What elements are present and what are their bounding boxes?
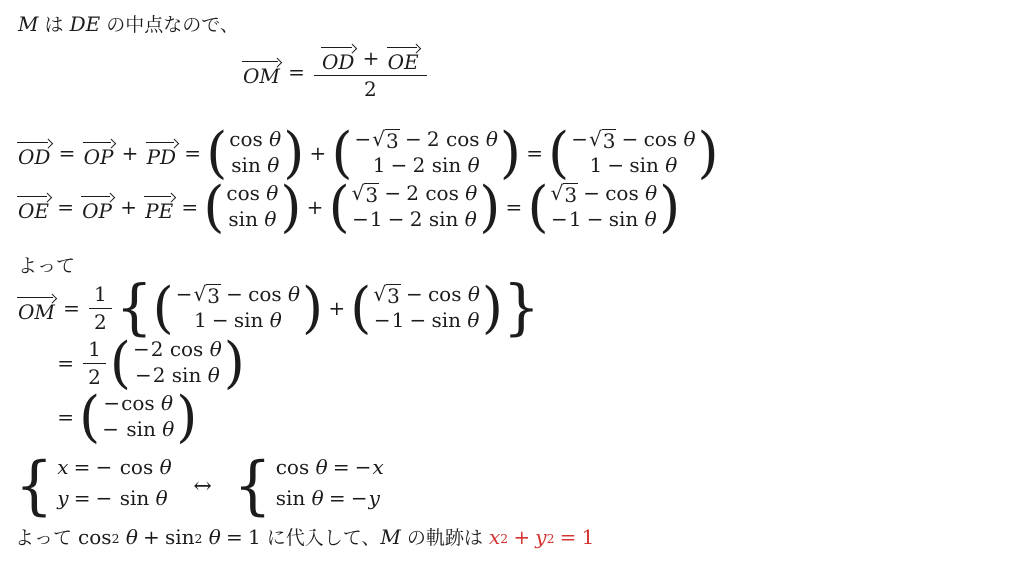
vector-token: OD [16, 138, 52, 168]
sqrt-token: 3 [194, 284, 221, 307]
variable-token: θ [267, 153, 279, 177]
variable-token: θ [683, 127, 695, 151]
operator-token: = [226, 525, 243, 549]
fraction-one-half: 1 2 [83, 337, 106, 389]
case-row: cos θ=−x [276, 455, 384, 486]
operator-token: = [74, 455, 91, 479]
operator-token: + [328, 296, 345, 320]
operator-token: + [307, 195, 324, 219]
vector-rows: cos θ sin θ [227, 127, 283, 179]
variable-token: θ [270, 308, 282, 332]
negative-sign-token: − [571, 127, 588, 151]
arrow-overline-icon [320, 43, 356, 51]
operator-token: − [607, 153, 624, 177]
equals-operator: = [52, 351, 79, 375]
function-token: cos [425, 181, 459, 205]
text-token: に代入して、 [261, 523, 381, 550]
negative-sign-token: − [551, 207, 568, 231]
variable-token: DE [70, 12, 101, 36]
paren-left-icon: ( [203, 181, 224, 233]
vector-row: −3−2 cos θ [355, 127, 498, 153]
paren-right-icon: ) [283, 127, 304, 179]
variable-token: θ [264, 207, 276, 231]
function-token: cos [248, 282, 282, 306]
brace-right-icon [503, 280, 540, 335]
variable-token: x [489, 525, 500, 549]
arrow-overline-icon [16, 293, 57, 301]
variable-token: y [369, 486, 380, 510]
paren-left-icon: ( [110, 337, 131, 389]
function-token: cos [120, 455, 154, 479]
variable-token: θ [465, 207, 477, 231]
vector-token: OP [80, 192, 114, 222]
vector-row: 3−2 cos θ [352, 181, 478, 207]
operator-token: = [74, 486, 91, 510]
superscript-token: 2 [500, 531, 508, 546]
function-token: cos [229, 127, 263, 151]
operator-token: ↔ [193, 474, 211, 499]
negative-sign-token: − [355, 455, 372, 479]
arrow-overline-icon [16, 192, 51, 200]
function-token: cos [644, 127, 678, 151]
function-token: sin [234, 308, 264, 332]
vector-name: OE [16, 200, 51, 222]
vector-row: 1−2 sin θ [373, 153, 480, 179]
vector-name: OM [241, 65, 282, 87]
intro-line: M は DE の中点なので、 [18, 0, 1024, 37]
number-token: 1 [88, 337, 101, 361]
number-token: 2 [406, 181, 419, 205]
number-token: 1 [94, 282, 107, 306]
vector-token: OE [386, 43, 421, 73]
paren-right-icon: ) [280, 181, 301, 233]
plus-operator: + [304, 141, 331, 165]
variable-token: M [380, 525, 400, 549]
variable-token: M [18, 12, 38, 36]
negative-sign-token: − [103, 391, 120, 415]
column-vector: ( cos θ sin θ ) [203, 181, 301, 233]
operator-token: − [587, 207, 604, 231]
vector-token: PE [143, 192, 175, 222]
paren-left-icon: ( [153, 281, 174, 333]
function-token: cos [226, 181, 260, 205]
paren-right-icon: ) [482, 281, 503, 333]
vector-row: 3−cos θ [551, 181, 658, 207]
function-token: cos [428, 282, 462, 306]
operator-token: + [513, 525, 530, 549]
vector-token: OM [16, 293, 57, 323]
cases-rows: x=− cos θ y=− sin θ [57, 455, 171, 517]
vector-row: cos θ [226, 181, 278, 207]
paren-right-icon: ) [224, 337, 245, 389]
math-document: M は DE の中点なので、 OM= OD+OE 2 OD=OP+PD= ( c… [0, 0, 1024, 570]
cases-rows: cos θ=−x sin θ=−y [276, 455, 384, 517]
variable-token: θ [266, 181, 278, 205]
variable-token: θ [209, 525, 221, 549]
operator-token: − [406, 282, 423, 306]
vector-row: −1−sin θ [551, 207, 657, 233]
equals-operator: = [52, 405, 79, 429]
arrow-overline-icon [16, 138, 52, 146]
vector-rows: 3−cos θ −1−sin θ [371, 282, 482, 334]
operator-token: = [59, 141, 76, 165]
operator-token: − [410, 308, 427, 332]
operator-token: − [622, 127, 639, 151]
negative-sign-token: − [96, 486, 113, 510]
variable-token: θ [269, 127, 281, 151]
text-token: は [38, 10, 69, 37]
case-row: y=− sin θ [57, 486, 168, 517]
paren-left-icon: ( [79, 391, 100, 443]
sqrt-token: 3 [551, 183, 578, 206]
conclusion-line: よって cos2 θ+sin2 θ=1 に代入して、M の軌跡は x2+y2=1 [15, 523, 1024, 550]
arrow-overline-icon [145, 138, 179, 146]
fraction-denominator: 2 [89, 308, 112, 334]
paren-left-icon: ( [331, 127, 352, 179]
number-token: 1 [248, 525, 261, 549]
function-token: sin [231, 153, 261, 177]
operator-token: = [288, 60, 305, 84]
variable-token: θ [312, 486, 324, 510]
number-token: 2 [153, 363, 166, 387]
vector-name: PE [143, 200, 175, 222]
number-token: 2 [410, 207, 423, 231]
column-vector: ( −3−cos θ 1−sin θ ) [548, 127, 718, 179]
number-token: 2 [94, 310, 107, 334]
variable-token: θ [208, 363, 220, 387]
operator-token: + [309, 141, 326, 165]
superscript-token: 2 [195, 531, 203, 546]
fraction-denominator: 2 [314, 75, 427, 101]
column-vector: ( −3−cos θ 1−sin θ ) [153, 282, 323, 334]
plus-operator: + [323, 296, 350, 320]
vector-row: sin θ [231, 153, 279, 179]
cases-right: cos θ=−x sin θ=−y [234, 455, 384, 517]
vector-rows: −3−cos θ 1−sin θ [569, 127, 697, 179]
column-vector: ( −2 cos θ −2 sin θ ) [110, 337, 245, 389]
variable-token: θ [160, 455, 172, 479]
variable-token: θ [156, 486, 168, 510]
number-token: 1 [373, 153, 386, 177]
negative-sign-token: − [355, 127, 372, 151]
vector-row: −1−sin θ [374, 308, 480, 334]
column-vector: ( 3−cos θ −1−sin θ ) [528, 181, 681, 233]
function-token: sin [120, 486, 150, 510]
vector-token: PD [145, 138, 179, 168]
fraction-numerator: OD+OE [314, 43, 427, 75]
radicand: 3 [364, 183, 379, 206]
negative-sign-token: − [374, 308, 391, 332]
radicand: 3 [206, 284, 221, 307]
variable-token: θ [162, 417, 174, 441]
sqrt-token: 3 [373, 284, 400, 307]
vector-row: −3−cos θ [571, 127, 695, 153]
column-vector: ( −cos θ − sin θ ) [79, 391, 197, 443]
vector-name: PD [145, 146, 179, 168]
arrow-overline-icon [82, 138, 116, 146]
function-token: sin [165, 525, 195, 549]
om-sum-line: OM= 1 2 ( −3−cos θ 1−sin θ ) + ( 3−cos θ… [15, 280, 1024, 335]
vector-row: −cos θ [103, 391, 173, 417]
number-token: 2 [413, 153, 426, 177]
paren-right-icon: ) [479, 181, 500, 233]
function-token: cos [605, 181, 639, 205]
vector-row: − sin θ [102, 417, 174, 443]
vector-rows: −cos θ − sin θ [100, 391, 176, 443]
number-token: 1 [370, 207, 383, 231]
equals-operator: = [521, 141, 548, 165]
function-token: cos [78, 525, 112, 549]
text-token: の中点なので、 [100, 10, 239, 37]
operator-token: = [57, 405, 74, 429]
case-row: sin θ=−y [276, 486, 380, 517]
formula-lhs: OM= [240, 57, 310, 87]
operator-token: − [583, 181, 600, 205]
vector-rows: 3−cos θ −1−sin θ [549, 181, 660, 233]
radicand: 3 [563, 183, 578, 206]
variable-token: θ [645, 207, 657, 231]
function-token: sin [432, 153, 462, 177]
number-token: 1 [582, 525, 595, 549]
number-token: 1 [589, 153, 602, 177]
variable-token: y [535, 525, 546, 549]
oe-lhs: OE=OP+PE= [15, 192, 203, 222]
function-token: sin [431, 308, 461, 332]
negative-sign-token: − [135, 363, 152, 387]
paren-right-icon: ) [500, 127, 521, 179]
variable-token: θ [465, 181, 477, 205]
vector-row: sin θ [228, 207, 276, 233]
coordinate-system-line: x=− cos θ y=− sin θ ↔ cos θ=−x sin θ=−y [15, 455, 1024, 517]
variable-token: θ [468, 153, 480, 177]
variable-token: θ [468, 282, 480, 306]
vector-row: −3−cos θ [176, 282, 300, 308]
variable-token: θ [126, 525, 138, 549]
paren-left-icon: ( [206, 127, 227, 179]
function-token: sin [429, 207, 459, 231]
text-token: よって [15, 523, 78, 550]
operator-token: = [560, 525, 577, 549]
midpoint-formula-line: OM= OD+OE 2 [240, 43, 1024, 101]
vector-name: OD [320, 51, 356, 73]
vector-name: OM [16, 301, 57, 323]
equals-operator: = [500, 195, 527, 219]
vector-token: OM [241, 57, 282, 87]
om-simplified-line: = 1 2 ( −2 cos θ −2 sin θ ) [52, 337, 1024, 389]
negative-sign-token: − [352, 207, 369, 231]
operator-token: − [405, 127, 422, 151]
paren-left-icon: ( [548, 127, 569, 179]
vector-rows: −2 cos θ −2 sin θ [131, 337, 224, 389]
superscript-token: 2 [547, 531, 555, 546]
arrow-overline-icon [80, 192, 114, 200]
radicand: 3 [385, 129, 400, 152]
variable-token: θ [486, 127, 498, 151]
number-token: 1 [569, 207, 582, 231]
fraction-one-half: 1 2 [89, 282, 112, 334]
negative-sign-token: − [176, 282, 193, 306]
operator-token: − [388, 207, 405, 231]
function-token: sin [228, 207, 258, 231]
variable-token: θ [288, 282, 300, 306]
brace-left-icon [116, 280, 153, 335]
variable-token: x [373, 455, 384, 479]
vector-token: OD [320, 43, 356, 73]
variable-token: x [57, 455, 68, 479]
vector-token: OP [82, 138, 116, 168]
paren-right-icon: ) [698, 127, 719, 179]
sqrt-token: 3 [372, 129, 399, 152]
od-lhs: OD=OP+PD= [15, 138, 206, 168]
function-token: cos [170, 337, 204, 361]
operator-token: = [526, 141, 543, 165]
fraction-numerator: 1 [83, 337, 106, 363]
superscript-token: 2 [112, 531, 120, 546]
fraction: OD+OE 2 [314, 43, 427, 101]
vector-rows: 3−2 cos θ −1−2 sin θ [350, 181, 480, 233]
operator-token: = [63, 296, 80, 320]
operator-token: − [384, 181, 401, 205]
paren-left-icon: ( [528, 181, 549, 233]
om-result-line: = ( −cos θ − sin θ ) [52, 391, 1024, 443]
operator-token: − [226, 282, 243, 306]
operator-token: = [184, 141, 201, 165]
function-token: cos [446, 127, 480, 151]
radicand: 3 [602, 129, 617, 152]
column-vector: ( −3−2 cos θ 1−2 sin θ ) [331, 127, 521, 179]
vector-name: OP [82, 146, 116, 168]
negative-sign-token: − [351, 486, 368, 510]
text-token: よって [18, 251, 75, 278]
variable-token: θ [316, 455, 328, 479]
number-token: 2 [427, 127, 440, 151]
column-vector: ( cos θ sin θ ) [206, 127, 304, 179]
variable-token: θ [645, 181, 657, 205]
paren-left-icon: ( [350, 281, 371, 333]
operator-token: + [363, 46, 380, 70]
column-vector: ( 3−cos θ −1−sin θ ) [350, 282, 503, 334]
sqrt-token: 3 [589, 129, 616, 152]
cases-left: x=− cos θ y=− sin θ [15, 455, 172, 517]
operator-token: + [122, 141, 139, 165]
vector-row: 3−cos θ [373, 282, 480, 308]
negative-sign-token: − [96, 455, 113, 479]
arrow-overline-icon [386, 43, 421, 51]
operator-token: = [181, 195, 198, 219]
vector-token: OE [16, 192, 51, 222]
paren-left-icon: ( [329, 181, 350, 233]
operator-token: = [333, 455, 350, 479]
operator-token: + [143, 525, 160, 549]
operator-token: = [329, 486, 346, 510]
operator-token: = [57, 195, 74, 219]
paren-right-icon: ) [176, 391, 197, 443]
vector-rows: −3−cos θ 1−sin θ [174, 282, 302, 334]
radicand: 3 [386, 284, 401, 307]
function-token: cos [276, 455, 310, 479]
plus-operator: + [301, 195, 328, 219]
variable-token: θ [210, 337, 222, 361]
text-token: の軌跡は [401, 523, 489, 550]
number-token: 1 [194, 308, 207, 332]
vector-rows: cos θ sin θ [224, 181, 280, 233]
function-token: sin [609, 207, 639, 231]
number-token: 1 [392, 308, 405, 332]
operator-token: = [506, 195, 523, 219]
vector-name: OE [386, 51, 421, 73]
function-token: cos [121, 391, 155, 415]
function-token: sin [126, 417, 156, 441]
fraction-numerator: 1 [89, 282, 112, 308]
om-lhs: OM= [15, 293, 85, 323]
arrow-overline-icon [143, 192, 175, 200]
function-token: sin [276, 486, 306, 510]
operator-token: − [391, 153, 408, 177]
column-vector: ( 3−2 cos θ −1−2 sin θ ) [329, 181, 501, 233]
operator-token: − [212, 308, 229, 332]
vector-row: cos θ [229, 127, 281, 153]
oe-expansion-line: OE=OP+PE= ( cos θ sin θ ) + ( 3−2 cos θ … [15, 181, 1024, 233]
number-token: 2 [364, 77, 377, 101]
vector-row: −1−2 sin θ [352, 207, 477, 233]
variable-token: θ [161, 391, 173, 415]
leftright-arrow-icon: ↔ [188, 474, 218, 499]
arrow-overline-icon [241, 57, 282, 65]
operator-token: = [57, 351, 74, 375]
vector-name: OP [80, 200, 114, 222]
vector-name: OD [16, 146, 52, 168]
paren-right-icon: ) [659, 181, 680, 233]
vector-rows: −3−2 cos θ 1−2 sin θ [353, 127, 500, 179]
operator-token: + [120, 195, 137, 219]
case-row: x=− cos θ [57, 455, 171, 486]
od-expansion-line: OD=OP+PD= ( cos θ sin θ ) + ( −3−2 cos θ… [15, 127, 1024, 179]
negative-sign-token: − [102, 417, 119, 441]
variable-token: θ [467, 308, 479, 332]
paren-right-icon: ) [302, 281, 323, 333]
variable-token: y [57, 486, 68, 510]
sqrt-token: 3 [352, 183, 379, 206]
function-token: sin [629, 153, 659, 177]
